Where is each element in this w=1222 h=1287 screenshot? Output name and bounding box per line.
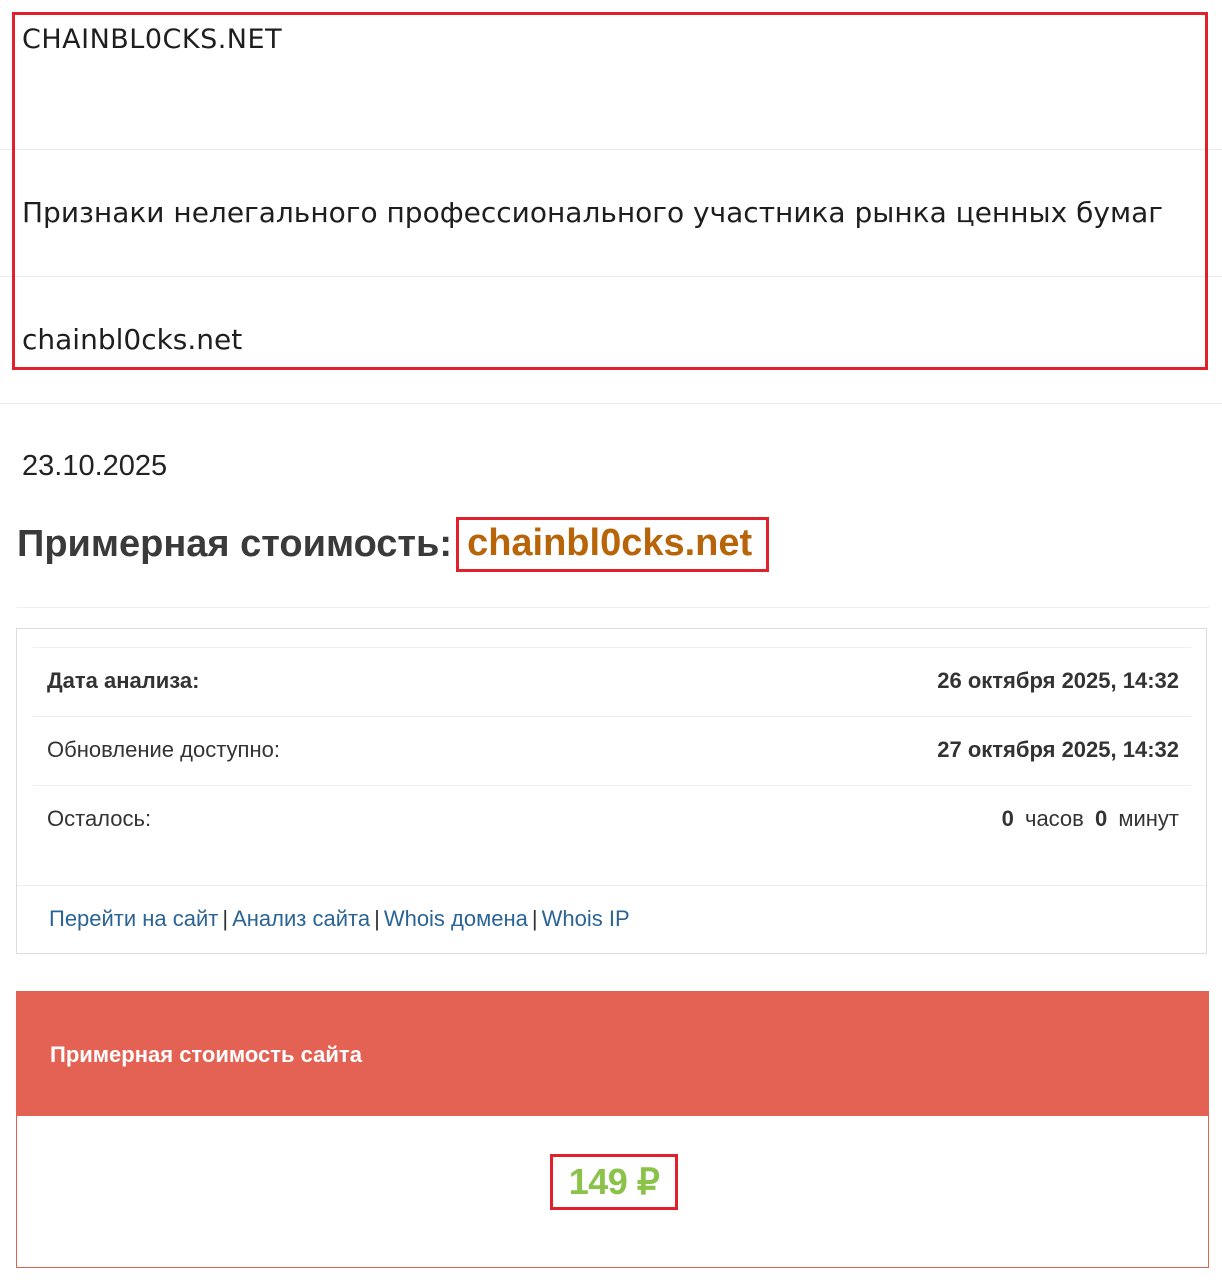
- link-site-analysis[interactable]: Анализ сайта: [232, 906, 370, 931]
- info-label: Обновление доступно:: [47, 737, 280, 763]
- info-label: Осталось:: [47, 806, 151, 832]
- info-row-update-available: Обновление доступно: 27 октября 2025, 14…: [33, 716, 1191, 785]
- info-row-time-remaining: Осталось: 0 часов 0 минут: [33, 785, 1191, 854]
- link-separator: |: [370, 906, 384, 931]
- site-value-amount: 149 ₽: [569, 1161, 659, 1203]
- value-panel-header: Примерная стоимость сайта: [17, 992, 1208, 1116]
- warning-text: Признаки нелегального профессионального …: [22, 196, 1163, 229]
- site-value-box: 149 ₽: [550, 1154, 678, 1210]
- page-title-label: Примерная стоимость:: [17, 523, 452, 566]
- domain-name: chainbl0cks.net: [22, 323, 242, 356]
- hours-unit: часов: [1025, 806, 1084, 831]
- divider: [17, 607, 1209, 608]
- info-value: 0 часов 0 минут: [1002, 806, 1179, 832]
- page-title-domain: chainbl0cks.net: [456, 517, 769, 572]
- minutes-count: 0: [1095, 806, 1107, 831]
- value-panel-title: Примерная стоимость сайта: [50, 1042, 362, 1068]
- info-value: 27 октября 2025, 14:32: [937, 737, 1179, 763]
- analysis-info-table: Дата анализа: 26 октября 2025, 14:32 Обн…: [33, 647, 1191, 854]
- brand-title: CHAINBL0CKS.NET: [22, 24, 282, 55]
- info-row-analysis-date: Дата анализа: 26 октября 2025, 14:32: [33, 647, 1191, 716]
- link-whois-domain[interactable]: Whois домена: [384, 906, 528, 931]
- link-separator: |: [218, 906, 232, 931]
- site-value-panel: Примерная стоимость сайта 149 ₽: [16, 991, 1209, 1268]
- minutes-unit: минут: [1118, 806, 1179, 831]
- analysis-info-panel: Дата анализа: 26 октября 2025, 14:32 Обн…: [16, 628, 1207, 954]
- links-row: Перейти на сайт|Анализ сайта|Whois домен…: [17, 885, 1206, 954]
- site-links: Перейти на сайт|Анализ сайта|Whois домен…: [49, 906, 630, 932]
- site-header-block: CHAINBL0CKS.NET Признаки нелегального пр…: [0, 0, 1222, 404]
- brand-row: CHAINBL0CKS.NET: [0, 0, 1222, 150]
- page-title: Примерная стоимость: chainbl0cks.net: [17, 517, 769, 572]
- info-label: Дата анализа:: [47, 668, 200, 694]
- hours-count: 0: [1002, 806, 1014, 831]
- link-separator: |: [528, 906, 542, 931]
- link-visit-site[interactable]: Перейти на сайт: [49, 906, 218, 931]
- info-value: 26 октября 2025, 14:32: [937, 668, 1179, 694]
- page-date: 23.10.2025: [22, 450, 167, 483]
- link-whois-ip[interactable]: Whois IP: [542, 906, 630, 931]
